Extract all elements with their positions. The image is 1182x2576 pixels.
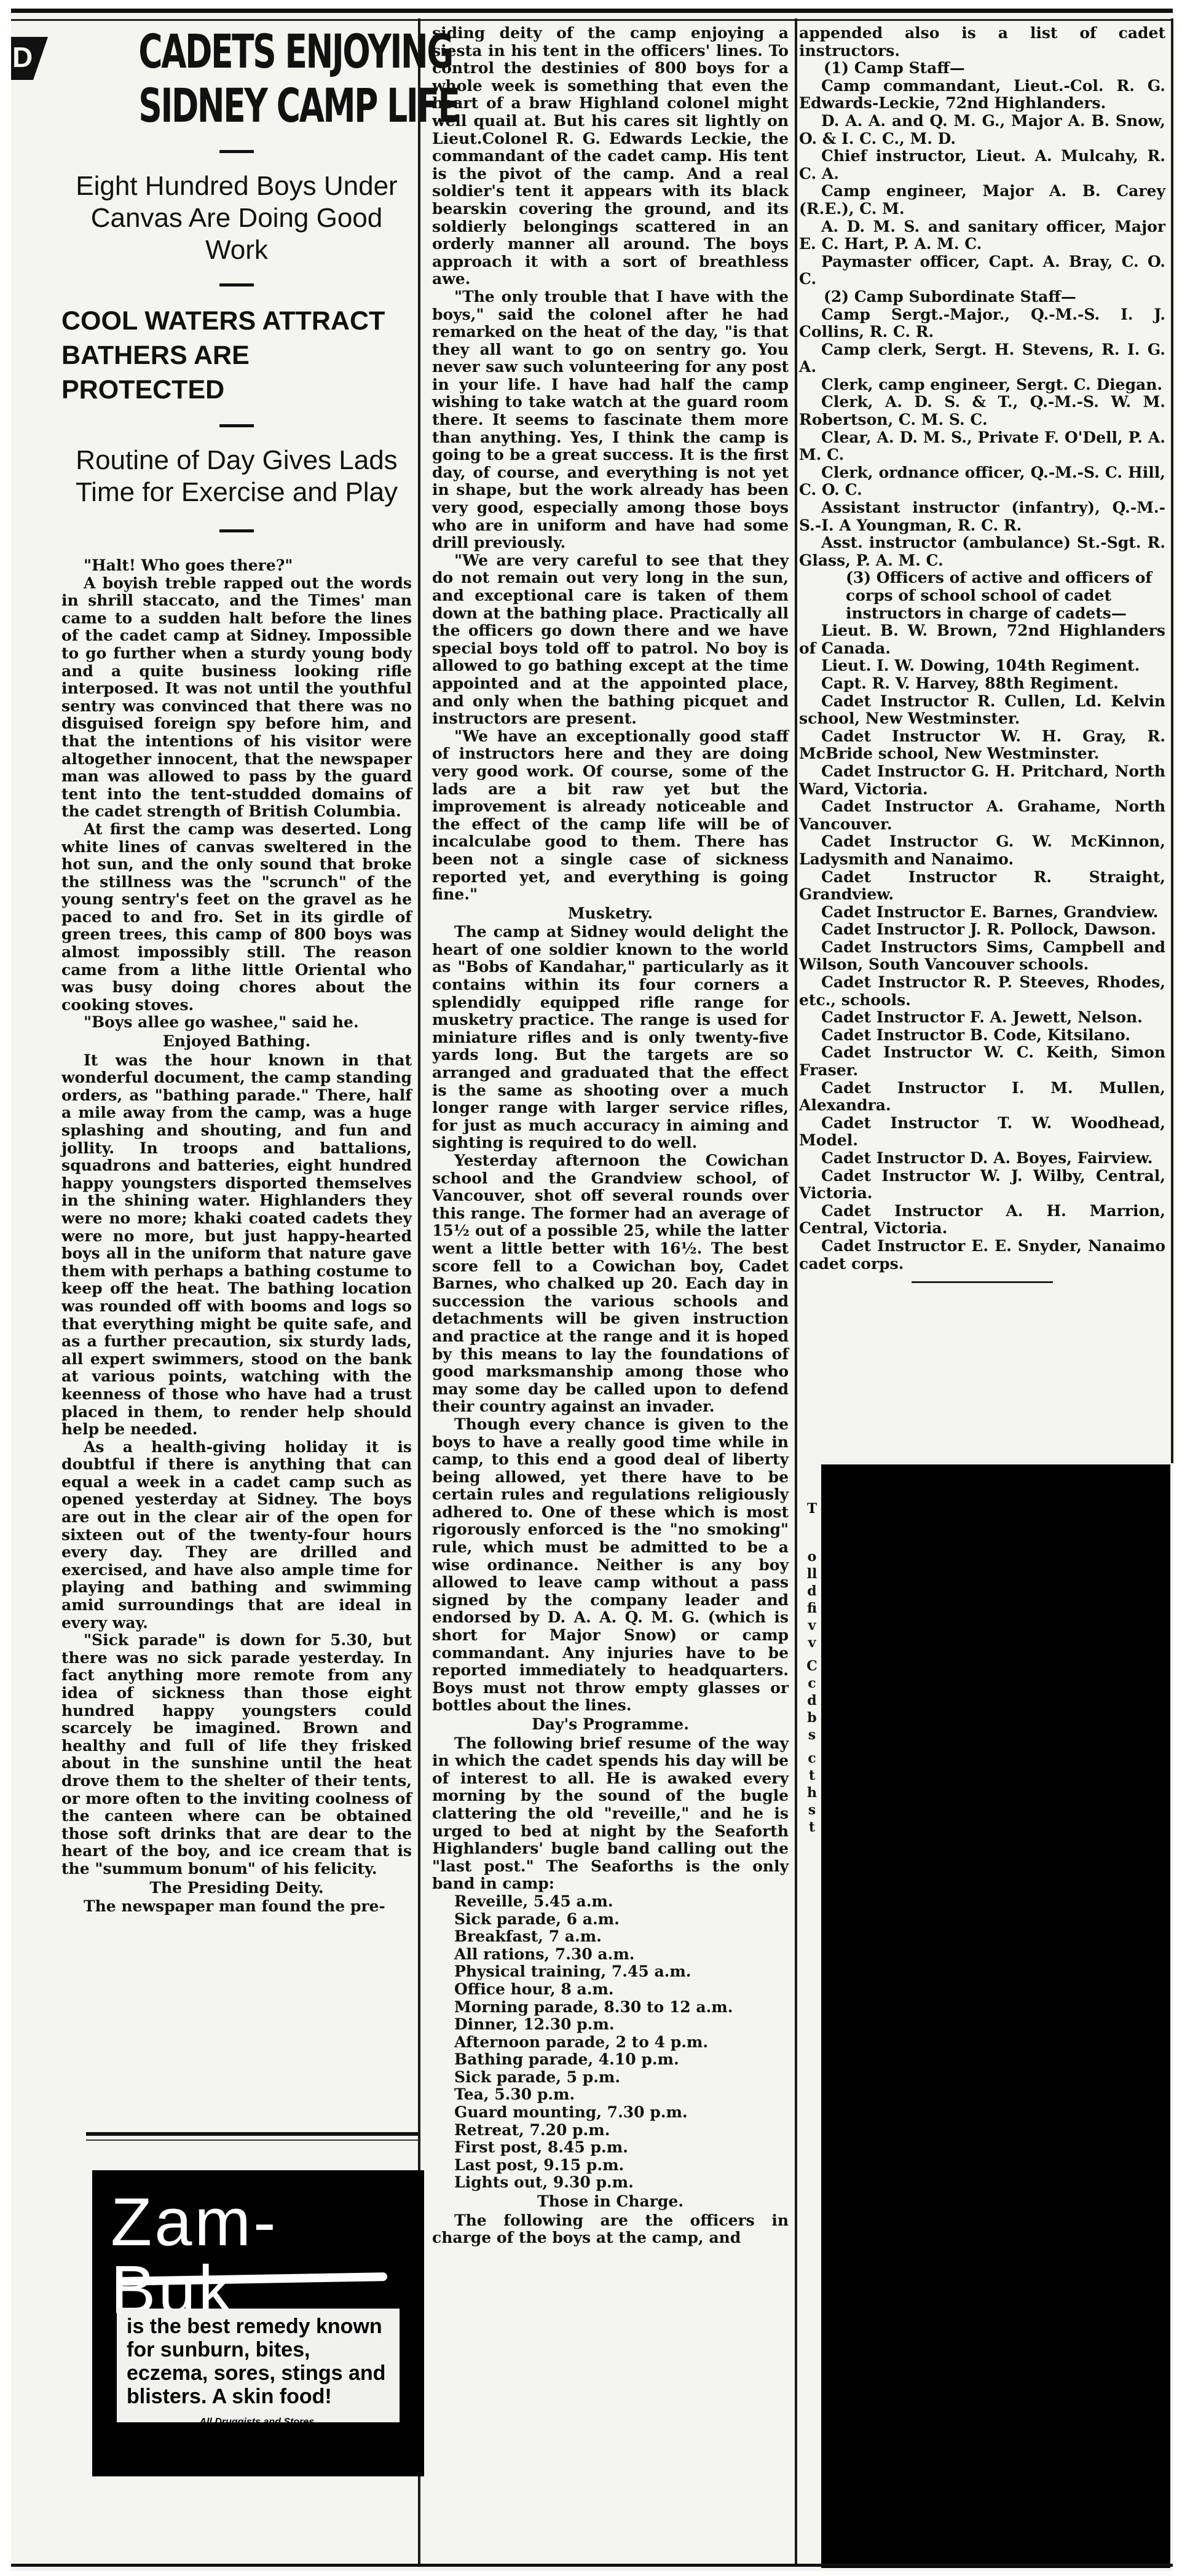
schedule-item: Reveille, 5.45 a.m. (432, 1893, 789, 1911)
top-rule (11, 9, 1173, 21)
paragraph: The following brief resume of the way in… (432, 1735, 789, 1893)
schedule-item: Retreat, 7.20 p.m. (432, 2122, 789, 2139)
staff-entry: Cadet Instructor R. Straight, Grandview. (799, 869, 1165, 904)
schedule-item: Lights out, 9.30 p.m. (432, 2174, 789, 2192)
headline-line-2: SIDNEY CAMP LIFE (138, 79, 412, 133)
staff-entry: Cadet Instructor R. Cullen, Ld. Kelvin s… (799, 693, 1165, 728)
staff-entry: Cadet Instructor G. H. Pritchard, North … (799, 763, 1165, 798)
paragraph: As a health-giving holiday it is doubtfu… (61, 1439, 412, 1632)
text-fragment-strip: T o ll d fi v v C c d b s c t h s t (805, 1500, 819, 1836)
schedule-item: Physical training, 7.45 a.m. (432, 1963, 789, 1981)
schedule-item: Sick parade, 5 p.m. (432, 2069, 789, 2087)
headline-line-1: CADETS ENJOYING (138, 25, 412, 79)
staff-entry: Cadet Instructor A. Grahame, North Vanco… (799, 798, 1165, 833)
fragment-letter: c (805, 1675, 819, 1692)
staff-section-title: (2) Camp Subordinate Staff— (799, 288, 1165, 306)
staff-entry: Capt. R. V. Harvey, 88th Regiment. (799, 675, 1165, 693)
paragraph: At first the camp was deserted. Long whi… (61, 821, 412, 1014)
column-rule-3 (1171, 18, 1173, 1463)
staff-entry: Cadet Instructor T. W. Woodhead, Model. (799, 1115, 1165, 1150)
subhead-deity: The Presiding Deity. (61, 1879, 412, 1897)
fragment-letter: s (805, 1801, 819, 1819)
staff-entry: Cadet Instructor W. J. Wilby, Central, V… (799, 1167, 1165, 1203)
column-1: CADETS ENJOYING SIDNEY CAMP LIFE Eight H… (61, 25, 412, 1916)
schedule-item: Breakfast, 7 a.m. (432, 1928, 789, 1946)
staff-section-title: (3) Officers of active and officers of c… (799, 569, 1165, 622)
column-2: siding deity of the camp enjoying a sies… (432, 25, 789, 2247)
fragment-letter: d (805, 1692, 819, 1709)
column-rule-2 (795, 18, 797, 2564)
fragment-letter: v (805, 1617, 819, 1634)
staff-entry: Clear, A. D. M. S., Private F. O'Dell, P… (799, 429, 1165, 464)
paragraph: "We have an exceptionally good staff of … (432, 728, 789, 904)
schedule-list: Reveille, 5.45 a.m. Sick parade, 6 a.m. … (432, 1893, 789, 2192)
staff-entry: Cadet Instructor B. Code, Kitsilano. (799, 1027, 1165, 1045)
redacted-block (821, 1464, 1170, 2568)
staff-entry: Cadet Instructor W. C. Keith, Simon Fras… (799, 1044, 1165, 1079)
schedule-item: Tea, 5.30 p.m. (432, 2086, 789, 2104)
staff-entry: Cadet Instructor F. A. Jewett, Nelson. (799, 1009, 1165, 1027)
fragment-letter: s (805, 1726, 819, 1744)
schedule-item: Bathing parade, 4.10 p.m. (432, 2051, 789, 2069)
paragraph: The newspaper man found the pre- (61, 1898, 412, 1916)
paragraph: "We are very careful to see that they do… (432, 552, 789, 728)
schedule-item: Afternoon parade, 2 to 4 p.m. (432, 2034, 789, 2052)
staff-entry: Cadet Instructor D. A. Boyes, Fairview. (799, 1150, 1165, 1167)
paragraph: siding deity of the camp enjoying a sies… (432, 25, 789, 288)
staff-entry: Camp engineer, Major A. B. Carey (R.E.),… (799, 183, 1165, 218)
fragment-letter: fi (805, 1600, 819, 1617)
ad-panel: is the best remedy known for sunburn, bi… (117, 2309, 400, 2422)
ad-body: is the best remedy known for sunburn, bi… (127, 2315, 390, 2408)
staff-entry: Cadet Instructor G. W. McKinnon, Ladysmi… (799, 833, 1165, 868)
ad-footer: All Druggists and Stores. (127, 2411, 390, 2422)
divider (219, 150, 254, 153)
divider (219, 529, 254, 532)
fragment-letter: d (805, 1582, 819, 1600)
schedule-item: Sick parade, 6 a.m. (432, 1911, 789, 1929)
schedule-item: Last post, 9.15 p.m. (432, 2157, 789, 2175)
paragraph: Yesterday afternoon the Cowichan school … (432, 1152, 789, 1416)
ad-rule (86, 2139, 418, 2141)
schedule-item: First post, 8.45 p.m. (432, 2139, 789, 2157)
schedule-item: Morning parade, 8.30 to 12 a.m. (432, 1999, 789, 2017)
staff-entry: D. A. A. and Q. M. G., Major A. B. Snow,… (799, 113, 1165, 148)
fragment-letter: o (805, 1548, 819, 1565)
fragment-letter: c (805, 1750, 819, 1767)
staff-entry: Asst. instructor (ambulance) St.-Sgt. R.… (799, 534, 1165, 569)
subhead-musketry: Musketry. (432, 905, 789, 923)
schedule-item: All rations, 7.30 a.m. (432, 1946, 789, 1964)
fragment-letter: C (805, 1657, 819, 1675)
schedule-item: Guard mounting, 7.30 p.m. (432, 2104, 789, 2122)
staff-entry: Camp Sergt.-Major., Q.-M.-S. I. J. Colli… (799, 306, 1165, 341)
staff-entry: Clerk, camp engineer, Sergt. C. Diegan. (799, 376, 1165, 394)
zam-buk-advertisement: Zam-Buk is the best remedy known for sun… (92, 2170, 424, 2476)
column-3: appended also is a list of cadet instruc… (799, 25, 1165, 1283)
staff-entry: Clerk, A. D. S. & T., Q.-M.-S. W. M. Rob… (799, 393, 1165, 429)
deck-3: Routine of Day Gives Lads Time for Exerc… (61, 444, 412, 508)
fragment-letter: b (805, 1709, 819, 1726)
staff-entry: Cadet Instructor E. Barnes, Grandview. (799, 904, 1165, 922)
paragraph: "Boys allee go washee," said he. (61, 1014, 412, 1032)
fragment-letter: h (805, 1784, 819, 1801)
schedule-item: Dinner, 12.30 p.m. (432, 2016, 789, 2034)
bottom-rule (11, 2564, 1173, 2567)
staff-entry: Cadet Instructor R. P. Steeves, Rhodes, … (799, 974, 1165, 1009)
corner-letter: D (12, 41, 33, 74)
paragraph: A boyish treble rapped out the words in … (61, 575, 412, 821)
staff-entry: Cadet Instructors Sims, Campbell and Wil… (799, 939, 1165, 974)
deck-1: Eight Hundred Boys Under Canvas Are Doin… (61, 170, 412, 266)
paragraph: The camp at Sidney would delight the hea… (432, 923, 789, 1152)
ad-rule (86, 2132, 418, 2136)
staff-entry: Lieut. B. W. Brown, 72nd Highlanders of … (799, 622, 1165, 657)
divider (219, 283, 254, 286)
paragraph: The following are the officers in charge… (432, 2212, 789, 2247)
deck-2: COOL WATERS ATTRACT BATHERS ARE PROTECTE… (61, 304, 412, 407)
staff-section-title: (1) Camp Staff— (799, 60, 1165, 77)
fragment-letter: v (805, 1634, 819, 1651)
staff-entry: Cadet Instructor W. H. Gray, R. McBride … (799, 728, 1165, 763)
staff-entry: Cadet Instructor E. E. Snyder, Nanaimo c… (799, 1238, 1165, 1273)
fragment-letter: T (805, 1500, 819, 1517)
paragraph: "Halt! Who goes there?" (61, 557, 412, 575)
subhead-bathing: Enjoyed Bathing. (61, 1033, 412, 1051)
subhead-charge: Those in Charge. (432, 2193, 789, 2211)
staff-entry: Camp commandant, Lieut.-Col. R. G. Edwar… (799, 77, 1165, 113)
subhead-programme: Day's Programme. (432, 1716, 789, 1734)
fragment-letter: ll (805, 1565, 819, 1582)
staff-entry: Assistant instructor (infantry), Q.-M.-S… (799, 499, 1165, 534)
staff-entry: Cadet Instructor A. H. Marrion, Central,… (799, 1203, 1165, 1238)
staff-entry: Camp clerk, Sergt. H. Stevens, R. I. G. … (799, 341, 1165, 376)
staff-entry: Cadet Instructor I. M. Mullen, Alexandra… (799, 1080, 1165, 1115)
paragraph: "Sick parade" is down for 5.30, but ther… (61, 1632, 412, 1878)
staff-entry: Paymaster officer, Capt. A. Bray, C. O. … (799, 253, 1165, 288)
paragraph: Though every chance is given to the boys… (432, 1416, 789, 1715)
paragraph: appended also is a list of cadet instruc… (799, 25, 1165, 60)
paragraph: It was the hour known in that wonderful … (61, 1052, 412, 1439)
paragraph: "The only trouble that I have with the b… (432, 288, 789, 552)
ad-brand: Zam-Buk (111, 2189, 393, 2269)
divider (219, 424, 254, 427)
staff-entry: Chief instructor, Lieut. A. Mulcahy, R. … (799, 148, 1165, 183)
headline-block: CADETS ENJOYING SIDNEY CAMP LIFE Eight H… (61, 25, 412, 532)
staff-entry: Lieut. I. W. Dowing, 104th Regiment. (799, 657, 1165, 675)
fragment-letter: t (805, 1819, 819, 1836)
staff-entry: Clerk, ordnance officer, Q.-M.-S. C. Hil… (799, 464, 1165, 499)
schedule-item: Office hour, 8 a.m. (432, 1981, 789, 1999)
end-rule (912, 1281, 1053, 1283)
staff-entry: Cadet Instructor J. R. Pollock, Dawson. (799, 921, 1165, 939)
fragment-letter: t (805, 1767, 819, 1784)
staff-entry: A. D. M. S. and sanitary officer, Major … (799, 218, 1165, 253)
